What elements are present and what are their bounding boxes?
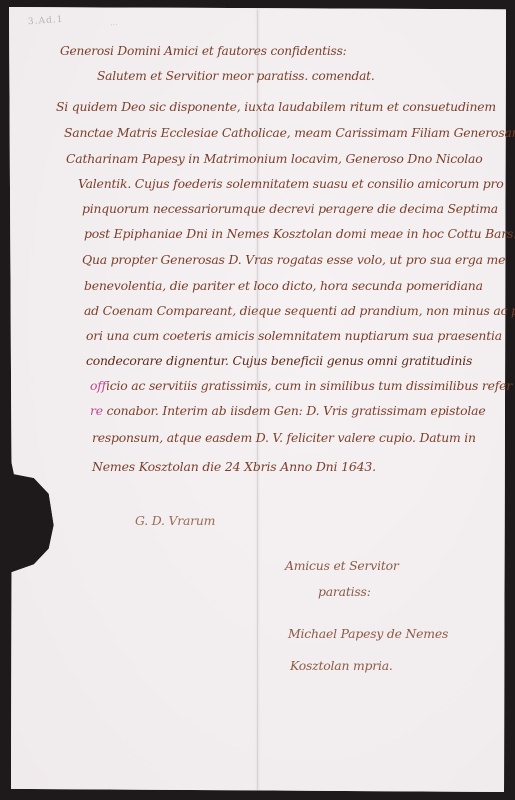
body-line-2: Sanctae Matris Ecclesiae Catholicae, mea… [64,127,515,139]
document-scan: 3.Ad.1 ... Generosi Domini Amici et faut… [0,0,515,800]
body-line-4: Valentik. Cujus foederis solemnitatem su… [78,178,503,190]
body-line-7: Qua propter Generosas D. Vras rogatas es… [82,254,505,266]
closing-line-2: paratiss: [318,586,371,598]
body-line-5: pinquorum necessariorumque decrevi perag… [82,203,498,215]
date-line: Nemes Kosztolan die 24 Xbris Anno Dni 16… [92,461,376,474]
body-line-9: ad Coenam Compareant, dieque sequenti ad… [84,305,515,317]
body-line-11: condecorare dignentur. Cujus beneficii g… [86,355,472,367]
body-line-12: officio ac servitiis gratissimis, cum in… [90,380,512,392]
pink-ink-fragment-2: re [90,405,104,417]
signature-line-2: Kosztolan mpria. [290,660,393,672]
salutation-line-1: Generosi Domini Amici et fautores confid… [60,45,347,57]
body-line-3: Catharinam Papesy in Matrimonium locavim… [66,153,482,165]
body-line-13: re conabor. Interim ab iisdem Gen: D. Vr… [90,405,485,417]
body-line-1: Si quidem Deo sic disponente, iuxta laud… [56,101,496,113]
archive-pencil-mark-secondary: ... [110,18,119,28]
body-line-8: benevolentia, die pariter et loco dicto,… [84,280,483,292]
salutation-line-2: Salutem et Servitior meor paratiss. come… [97,70,375,82]
body-line-6: post Epiphaniae Dni in Nemes Kosztolan d… [84,228,515,240]
pink-ink-fragment-1: off [90,380,107,392]
body-line-14: responsum, atque easdem D. V. feliciter … [92,432,476,444]
address-note: G. D. Vrarum [135,515,215,527]
closing-line-1: Amicus et Servitor [285,560,399,572]
signature-line-1: Michael Papesy de Nemes [288,628,448,640]
body-line-10: ori una cum coeteris amicis solemnitatem… [86,330,502,342]
